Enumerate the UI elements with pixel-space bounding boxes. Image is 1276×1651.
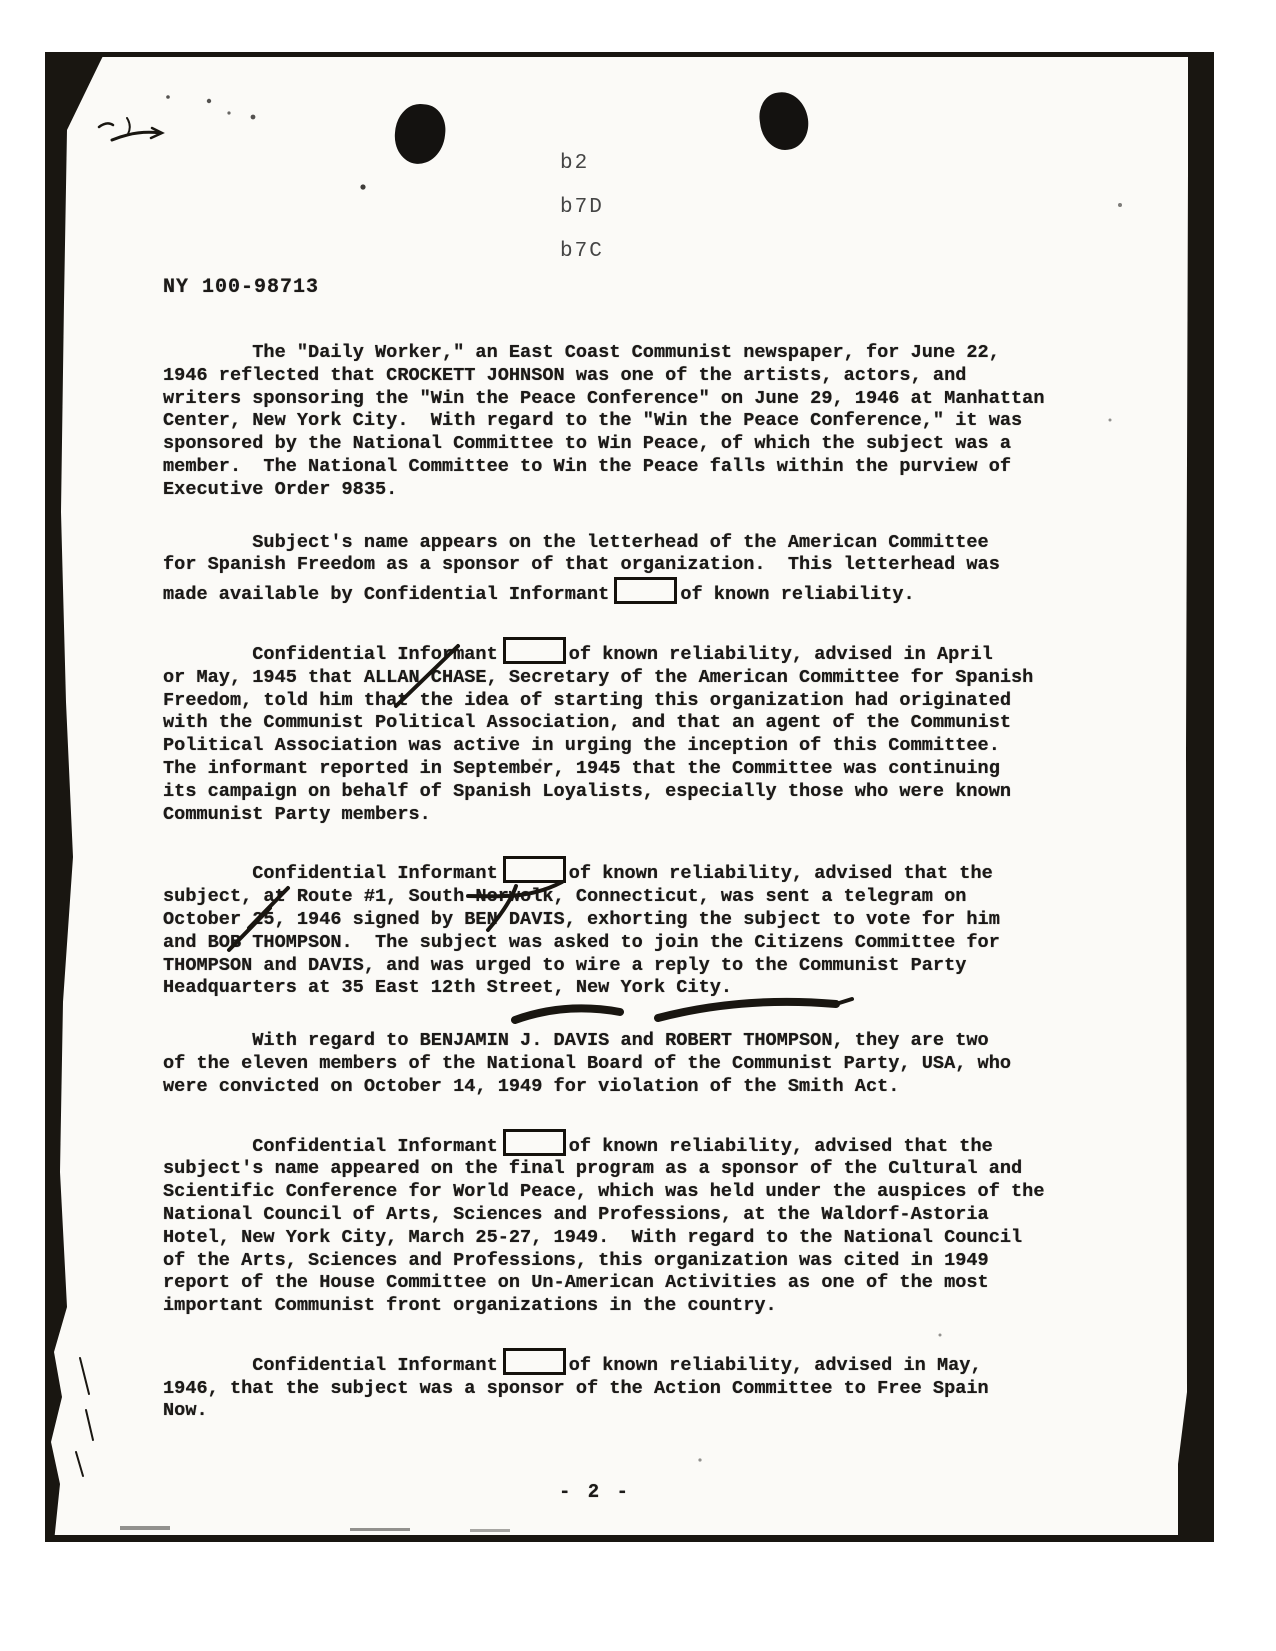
page-number: - 2 - (525, 1481, 665, 1503)
redaction-box (503, 1348, 566, 1375)
paragraph-text: The "Daily Worker," an East Coast Commun… (163, 342, 1045, 500)
redaction-box (503, 1129, 566, 1156)
exemption-code-b7d: b7D (560, 186, 604, 230)
paragraph: Confidential Informantof known reliabili… (163, 1129, 1063, 1318)
paragraph-text: of known reliability. (680, 584, 914, 605)
scan-border-bottom (45, 1535, 1214, 1542)
exemption-code-b2: b2 (560, 142, 604, 186)
paragraph: Subject's name appears on the letterhead… (163, 532, 1063, 607)
paragraph-text: Confidential Informant (163, 644, 498, 665)
paragraph-text: Confidential Informant (163, 1355, 498, 1376)
exemption-codes: b2 b7D b7C (560, 142, 604, 274)
exemption-code-b7c: b7C (560, 230, 604, 274)
paragraph-text: Confidential Informant (163, 1136, 498, 1157)
document-body: The "Daily Worker," an East Coast Commun… (163, 342, 1063, 1453)
paragraph-text: of known reliability, advised in April o… (163, 644, 1033, 825)
paragraph-text: Confidential Informant (163, 863, 498, 884)
redaction-box (503, 637, 566, 664)
paragraph: Confidential Informantof known reliabili… (163, 637, 1063, 826)
scan-border-top (45, 52, 1214, 57)
paragraph-text: With regard to BENJAMIN J. DAVIS and ROB… (163, 1030, 1011, 1097)
paragraph: Confidential Informantof known reliabili… (163, 1348, 1063, 1423)
scanned-document: b2 b7D b7C NY 100-98713 The "Daily Worke… (0, 0, 1276, 1651)
paragraph-text: of known reliability, advised that the s… (163, 1136, 1045, 1317)
paragraph: The "Daily Worker," an East Coast Commun… (163, 342, 1063, 502)
redaction-box (503, 856, 566, 883)
paragraph: Confidential Informantof known reliabili… (163, 856, 1063, 1000)
paragraph: With regard to BENJAMIN J. DAVIS and ROB… (163, 1030, 1063, 1098)
file-number: NY 100-98713 (163, 276, 319, 299)
redaction-box (614, 577, 677, 604)
